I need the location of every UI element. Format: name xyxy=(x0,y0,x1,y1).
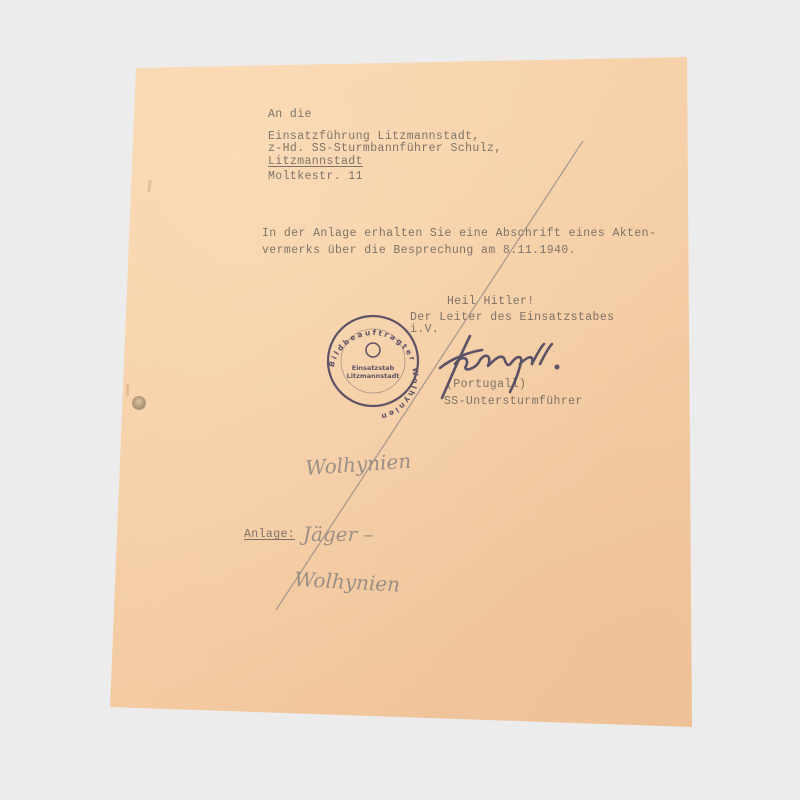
closing-salutation: Heil Hitler! xyxy=(447,295,535,308)
address-line-4-city: Litzmannstadt xyxy=(268,155,363,168)
closing-sender-line: Der Leiter des Einsatzstabes xyxy=(410,311,614,324)
body-line-1: In der Anlage erhalten Sie eine Abschrif… xyxy=(262,227,656,240)
punch-mark-bottom xyxy=(126,384,129,396)
closing-rank: SS-Untersturmführer xyxy=(444,395,583,408)
body-line-2: vermerks über die Besprechung am 8.11.19… xyxy=(262,244,576,257)
attachment-label: Anlage: xyxy=(244,528,295,541)
document-page xyxy=(0,0,800,800)
punch-hole xyxy=(132,396,146,410)
address-line-3: z-Hd. SS-Sturmbannführer Schulz, xyxy=(268,142,502,155)
address-line-5-street: Moltkestr. 11 xyxy=(268,170,363,183)
closing-iv: i.V. xyxy=(410,323,439,336)
closing-name-typed: (Portugall) xyxy=(446,378,526,391)
address-line-1: An die xyxy=(268,108,312,121)
